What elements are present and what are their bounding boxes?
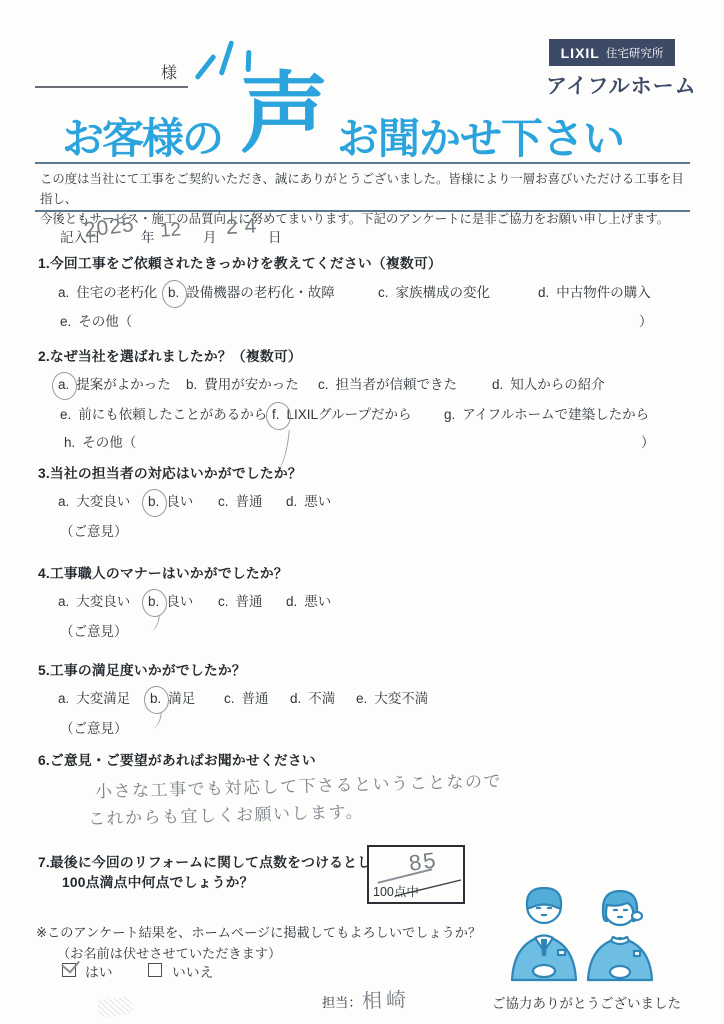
eyefulhome-wordmark: アイフルホーム bbox=[546, 70, 697, 100]
option-label: 悪い bbox=[304, 494, 331, 509]
q2-options-row2: e.前にも依頼したことがあるから f.LIXILグループだから g.アイフルホー… bbox=[0, 403, 724, 427]
q2-option-b: b.費用が安かった bbox=[186, 373, 299, 393]
divider bbox=[35, 210, 690, 212]
date-month-handwritten: 12 bbox=[159, 219, 182, 242]
q4-option-b: b.良い bbox=[148, 590, 193, 610]
option-key: d. bbox=[492, 377, 503, 392]
option-key: d. bbox=[286, 594, 297, 609]
emphasis-stroke-icon bbox=[219, 40, 235, 76]
intro-text: この度は当社にて工事をご契約いただき、誠にありがとうございました。皆様により一層… bbox=[40, 169, 695, 229]
option-key: a. bbox=[58, 494, 69, 509]
score-box: 100点中 85 bbox=[367, 845, 465, 904]
date-day-handwritten: 24 bbox=[225, 214, 264, 240]
q5-option-b: b.満足 bbox=[150, 687, 195, 707]
checkbox-no-label: いいえ bbox=[172, 961, 213, 981]
option-key: c. bbox=[218, 594, 229, 609]
option-key: c. bbox=[318, 377, 329, 392]
q2-option-c: c.担当者が信頼できた bbox=[318, 373, 457, 393]
option-label: 担当者が信頼できた bbox=[336, 377, 458, 392]
customer-name-underline bbox=[35, 86, 188, 88]
q1-option-a: a.住宅の老朽化 bbox=[58, 281, 157, 301]
option-label: 満足 bbox=[168, 691, 195, 706]
option-key: d. bbox=[538, 285, 549, 300]
option-label: 普通 bbox=[236, 494, 263, 509]
option-key: g. bbox=[444, 407, 455, 422]
bowing-staff-illustration bbox=[496, 876, 668, 986]
q3-options-row: a.大変良い b.良い c.普通 d.悪い bbox=[0, 490, 724, 514]
customer-name-suffix: 様 bbox=[161, 60, 177, 83]
option-key: h. bbox=[64, 435, 75, 450]
publish-note: （お名前は伏せさせていただきます） bbox=[57, 943, 281, 962]
q3-comment-label: （ご意見） bbox=[60, 520, 128, 540]
date-year-unit: 年 bbox=[141, 226, 155, 246]
q4-comment-label: （ご意見） bbox=[60, 620, 128, 640]
option-label: その他（ bbox=[78, 314, 132, 329]
option-key: a. bbox=[58, 377, 69, 392]
q3-title: 3.当社の担当者の対応はいかがでしたか？ bbox=[38, 462, 302, 482]
q6-handwriting-line2: これからも宜しくお願いします。 bbox=[88, 797, 365, 829]
q6-title: 6.ご意見・ご要望があればお聞かせください bbox=[38, 749, 316, 769]
option-key: e. bbox=[60, 407, 71, 422]
option-key: c. bbox=[378, 285, 389, 300]
option-label: 普通 bbox=[236, 594, 263, 609]
thanks-message: ご協力ありがとうございました bbox=[492, 992, 681, 1012]
option-key: b. bbox=[148, 494, 159, 509]
score-denominator-label: 100点中 bbox=[373, 882, 419, 900]
option-label: アイフルホームで建築したから bbox=[462, 407, 649, 422]
q6-handwriting-line1: 小さな工事でも対応して下さるということなので bbox=[95, 767, 503, 803]
page-title-pre: お客様の bbox=[62, 106, 222, 166]
q2-option-h: h.その他（ bbox=[64, 431, 136, 451]
close-paren: ） bbox=[641, 431, 655, 451]
option-label: 前にも依頼したことがあるから bbox=[78, 407, 267, 422]
q3-option-a: a.大変良い bbox=[58, 490, 130, 510]
intro-line1: この度は当社にて工事をご契約いただき、誠にありがとうございました。皆様により一層… bbox=[40, 169, 695, 209]
option-label: 知人からの紹介 bbox=[510, 377, 605, 392]
divider bbox=[35, 162, 690, 164]
publish-question: ※このアンケート結果を、ホームページに掲載してもよろしいでしょうか？ bbox=[36, 922, 481, 941]
q5-option-c: c.普通 bbox=[224, 687, 269, 707]
logo-division-label: 住宅研究所 bbox=[606, 45, 664, 61]
date-month-unit: 月 bbox=[203, 226, 217, 246]
option-key: b. bbox=[168, 285, 179, 300]
option-key: c. bbox=[224, 691, 235, 706]
q5-option-a: a.大変満足 bbox=[58, 687, 130, 707]
q2-title: 2.なぜ当社を選ばれましたか？（複数可） bbox=[38, 345, 302, 365]
q2-option-f: f.LIXILグループだから bbox=[272, 403, 411, 423]
close-paren: ） bbox=[639, 310, 653, 330]
page-title-post: お聞かせ下さい bbox=[337, 106, 624, 166]
option-label: 大変良い bbox=[76, 494, 130, 509]
option-label: 不満 bbox=[308, 691, 335, 706]
option-key: f. bbox=[272, 407, 280, 422]
q1-option-d: d.中古物件の購入 bbox=[538, 281, 651, 301]
q2-other-row: h.その他（ ） bbox=[0, 431, 724, 455]
option-label: 中古物件の購入 bbox=[556, 285, 651, 300]
date-year-handwritten: 2025 bbox=[83, 213, 136, 243]
lixil-logo: LIXIL 住宅研究所 bbox=[549, 39, 675, 66]
option-key: e. bbox=[60, 314, 71, 329]
option-label: 大変不満 bbox=[374, 691, 428, 706]
q4-options-row: a.大変良い b.良い c.普通 d.悪い bbox=[0, 590, 724, 614]
q4-title: 4.工事職人のマナーはいかがでしたか？ bbox=[38, 562, 288, 582]
option-label: LIXILグループだから bbox=[287, 407, 412, 422]
option-label: 大変良い bbox=[76, 594, 130, 609]
staff-name-handwritten: 相崎 bbox=[362, 983, 411, 1014]
q2-option-e: e.前にも依頼したことがあるから bbox=[60, 403, 267, 423]
date-day-unit: 日 bbox=[268, 226, 282, 246]
intro-line2: 今後ともサービス・施工の品質向上に努めてまいります。下記のアンケートに是非ご協力… bbox=[40, 209, 695, 229]
option-key: d. bbox=[290, 691, 301, 706]
q4-option-d: d.悪い bbox=[286, 590, 331, 610]
q7-title-line2: 100点満点中何点でしょうか？ bbox=[62, 871, 254, 891]
page-title-voice: 声 bbox=[240, 70, 328, 158]
q2-options-row1: a.提案がよかった b.費用が安かった c.担当者が信頼できた d.知人からの紹… bbox=[0, 373, 724, 397]
q3-option-b: b.良い bbox=[148, 490, 193, 510]
q5-title: 5.工事の満足度いかがでしたか？ bbox=[38, 659, 246, 679]
survey-page: 様 LIXIL 住宅研究所 アイフルホーム お客様の 声 お聞かせ下さい この度… bbox=[0, 0, 724, 1024]
q3-option-c: c.普通 bbox=[218, 490, 263, 510]
q1-option-b: b.設備機器の老朽化・故障 bbox=[168, 281, 335, 301]
option-key: d. bbox=[286, 494, 297, 509]
option-key: a. bbox=[58, 285, 69, 300]
option-label: 費用が安かった bbox=[204, 377, 299, 392]
option-label: その他（ bbox=[82, 435, 136, 450]
scan-smudge bbox=[97, 996, 133, 1019]
q1-option-c: c.家族構成の変化 bbox=[378, 281, 490, 301]
option-label: 良い bbox=[166, 494, 193, 509]
option-label: 大変満足 bbox=[76, 691, 130, 706]
q7-title-line1: 7.最後に今回のリフォームに関して点数をつけるとしたら、 bbox=[38, 851, 413, 871]
option-label: 普通 bbox=[242, 691, 269, 706]
q2-option-d: d.知人からの紹介 bbox=[492, 373, 605, 393]
q1-other-row: e.その他（ ） bbox=[0, 310, 724, 334]
checkbox-no bbox=[148, 963, 162, 977]
option-key: a. bbox=[58, 691, 69, 706]
q2-option-a: a.提案がよかった bbox=[58, 373, 171, 393]
option-label: 設備機器の老朽化・故障 bbox=[186, 285, 335, 300]
checkbox-yes bbox=[62, 963, 76, 977]
q2-option-g: g.アイフルホームで建築したから bbox=[444, 403, 649, 423]
q5-option-d: d.不満 bbox=[290, 687, 335, 707]
option-key: e. bbox=[356, 691, 367, 706]
option-key: b. bbox=[186, 377, 197, 392]
option-label: 提案がよかった bbox=[76, 377, 171, 392]
option-key: c. bbox=[218, 494, 229, 509]
q3-option-d: d.悪い bbox=[286, 490, 331, 510]
q5-options-row: a.大変満足 b.満足 c.普通 d.不満 e.大変不満 bbox=[0, 687, 724, 711]
option-key: b. bbox=[150, 691, 161, 706]
option-key: b. bbox=[148, 594, 159, 609]
q1-title: 1.今回工事をご依頼されたきっかけを教えてください（複数可） bbox=[38, 252, 442, 272]
option-label: 家族構成の変化 bbox=[396, 285, 491, 300]
lixil-wordmark: LIXIL bbox=[561, 45, 600, 61]
staff-label: 担当： bbox=[322, 992, 362, 1011]
option-label: 悪い bbox=[304, 594, 331, 609]
q4-option-c: c.普通 bbox=[218, 590, 263, 610]
option-key: a. bbox=[58, 594, 69, 609]
q1-options-row: a.住宅の老朽化 b.設備機器の老朽化・故障 c.家族構成の変化 d.中古物件の… bbox=[0, 281, 724, 305]
q4-option-a: a.大変良い bbox=[58, 590, 130, 610]
q1-option-e: e.その他（ bbox=[60, 310, 132, 330]
q5-comment-label: （ご意見） bbox=[60, 717, 128, 737]
q5-option-e: e.大変不満 bbox=[356, 687, 428, 707]
option-label: 住宅の老朽化 bbox=[76, 285, 157, 300]
checkbox-yes-label: はい bbox=[85, 961, 113, 981]
emphasis-stroke-icon bbox=[194, 54, 216, 81]
option-label: 良い bbox=[166, 594, 193, 609]
